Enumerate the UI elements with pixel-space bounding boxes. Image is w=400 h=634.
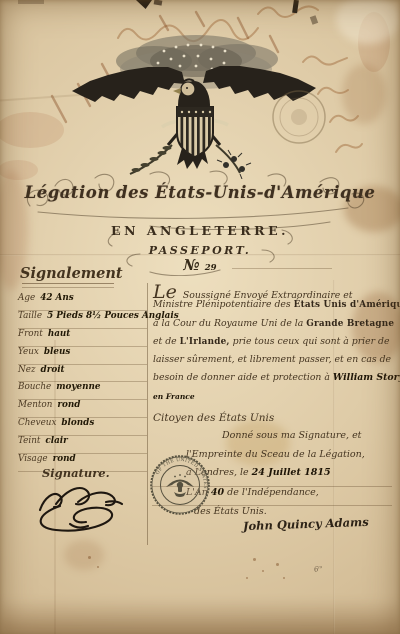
text-segment-script: l'Empreinte du Sceau de la Légation, <box>186 449 365 460</box>
text-line: en France <box>153 391 393 406</box>
text-segment-print: L'Irlande, <box>180 337 230 347</box>
signer-signature: John Quincy Adams <box>243 515 369 533</box>
passport-number-value: 29 <box>205 263 217 273</box>
text-line: Ministre Plénipotentiaire des États Unis… <box>153 299 393 317</box>
signalement-row: Age42 Ans <box>18 293 147 311</box>
signalement-value: rond <box>53 454 76 464</box>
text-segment-hand: 40 <box>211 487 224 498</box>
signalement-value: blonds <box>61 418 94 428</box>
signalement-row: Bouchemoyenne <box>18 382 147 400</box>
text-segment-print: États Unis d'Amérique, <box>294 300 400 310</box>
signalement-header-rule <box>22 283 114 288</box>
foxing-dot <box>88 556 91 559</box>
signalement-label: Age <box>18 293 35 303</box>
signalement-label: Cheveux <box>18 418 56 428</box>
text-segment-script: Ministre Plénipotentiaire des <box>153 299 294 310</box>
paper-edge-mark <box>18 0 44 4</box>
foxing-dot <box>283 577 285 579</box>
eagle-eye <box>186 87 188 89</box>
passport-number-prefix: № <box>183 256 199 274</box>
foxing-dot <box>97 566 99 568</box>
country-line: EN ANGLETERRE. <box>0 223 400 238</box>
foxing-dot <box>276 563 279 566</box>
signalement-label: Visage <box>18 454 48 464</box>
text-segment-script: laisser sûrement, et librement passer, e… <box>153 354 391 365</box>
text-segment-script: Citoyen des États Unis <box>153 412 274 424</box>
number-rule-line <box>232 268 332 269</box>
signalement-label: Taille <box>18 311 42 321</box>
signalement-row: Taille5 Pieds 8½ Pouces Anglais <box>18 311 147 329</box>
corner-mark: 6ᵐ <box>313 564 323 574</box>
signalement-row: Fronthaut <box>18 329 147 347</box>
legation-seal: OF THE UNITED STATES <box>149 454 211 516</box>
signalement-row: Nezdroit <box>18 365 147 383</box>
text-line: besoin de donner aide et protection à Wi… <box>153 372 393 390</box>
stain <box>342 64 386 124</box>
column-divider <box>147 283 148 545</box>
signalement-label: Nez <box>18 365 36 375</box>
text-segment-script: de l'Indépendance, <box>224 487 319 498</box>
ghost-stamp-icon <box>270 88 328 146</box>
holder-signature-flourish <box>26 476 142 534</box>
signalement-rows: Age42 AnsTaille5 Pieds 8½ Pouces Anglais… <box>18 293 147 472</box>
text-segment-script: à la Cour du Royaume Uni de la <box>153 318 306 329</box>
signalement-row: Teintclair <box>18 436 147 454</box>
signalement-row: Mentonrond <box>18 400 147 418</box>
passport-document: Légation des États-Unis-d'Amérique EN AN… <box>0 0 400 634</box>
signalement-label: Bouche <box>18 382 51 392</box>
text-line: Le Soussigné Envoyé Extraordinaire et <box>153 281 393 299</box>
signalement-row: Cheveuxblonds <box>18 418 147 436</box>
text-segment-script: et de <box>153 336 180 347</box>
text-segment-hand-tiny: en France <box>153 392 195 401</box>
text-segment-hand: 24 Juillet 1815 <box>252 467 331 478</box>
signalement-value: rond <box>57 400 80 410</box>
signalement-row: Yeuxbleus <box>18 347 147 365</box>
text-segment-hand: William Story allant <box>333 372 400 383</box>
text-line: et de L'Irlande, prie tous ceux qui sont… <box>153 336 393 354</box>
signalement-value: 42 Ans <box>40 293 73 303</box>
eagle-head <box>181 82 195 96</box>
signalement-value: bleus <box>44 347 70 357</box>
text-segment-script: besoin de donner aide et protection à <box>153 372 333 383</box>
foxing-dot <box>262 570 264 572</box>
text-segment-script: prie tous ceux qui sont à prier de <box>230 336 390 347</box>
signalement-label: Menton <box>18 400 52 410</box>
foxing-dot <box>246 577 248 579</box>
text-line: laisser sûrement, et librement passer, e… <box>153 354 393 372</box>
signalement-label: Yeux <box>18 347 39 357</box>
text-segment-script: Donné sous ma Signature, et <box>222 430 362 441</box>
text-line: Donné sous ma Signature, et <box>152 430 392 449</box>
signalement-label: Front <box>18 329 43 339</box>
stain <box>0 598 400 634</box>
body-text: Le Soussigné Envoyé Extraordinaire etMin… <box>153 281 393 430</box>
signalement-value: clair <box>45 436 67 446</box>
left-wing <box>72 67 185 102</box>
legation-title: Légation des États-Unis-d'Amérique <box>0 183 400 202</box>
foxing-dot <box>253 558 256 561</box>
text-line: Citoyen des États Unis <box>153 412 393 430</box>
signalement-value: moyenne <box>56 382 100 392</box>
signalement-value: haut <box>48 329 71 339</box>
beak <box>173 88 181 94</box>
signalement-label: Teint <box>18 436 40 446</box>
text-segment-print: Grande Bretagne <box>306 319 394 329</box>
text-line: à la Cour du Royaume Uni de la Grande Br… <box>153 318 393 336</box>
signalement-value: droit <box>41 365 65 375</box>
signalement-header: Signalement <box>20 265 123 282</box>
